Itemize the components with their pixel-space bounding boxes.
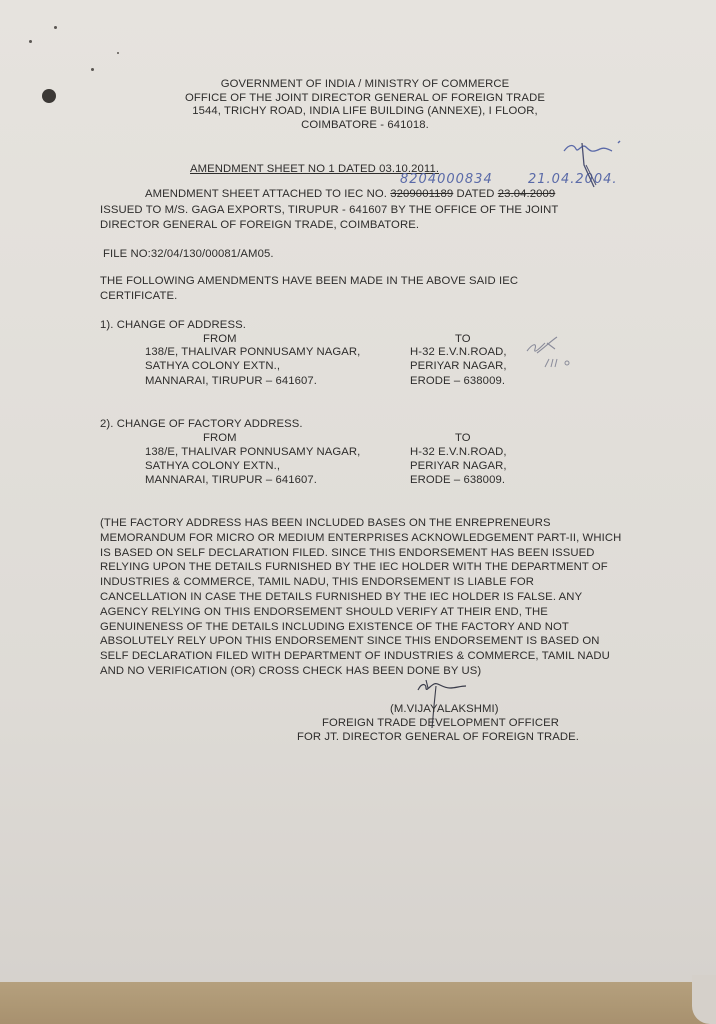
disclaimer-line: (THE FACTORY ADDRESS HAS BEEN INCLUDED B… — [100, 516, 621, 531]
amendment-1-heading: 1). CHANGE OF ADDRESS. — [100, 319, 246, 332]
signatory-name: (M.VIJAYALAKSHMI) — [390, 703, 499, 716]
amendment-2-to-label: TO — [455, 432, 471, 445]
disclaimer-line: IS BASED ON SELF DECLARATION FILED. SINC… — [100, 546, 621, 561]
handwritten-iec-number: 8204000834 — [400, 172, 493, 187]
amendment-2-to-line-1: H-32 E.V.N.ROAD, — [410, 446, 507, 459]
signatory-designation: FOREIGN TRADE DEVELOPMENT OFFICER — [322, 717, 559, 730]
intro-line-3: DIRECTOR GENERAL OF FOREIGN TRADE, COIMB… — [100, 219, 419, 232]
amendments-intro-line-2: CERTIFICATE. — [100, 290, 177, 303]
disclaimer-line: RELYING UPON THE DETAILS FURNISHED BY TH… — [100, 560, 621, 575]
disclaimer-line: GENUINENESS OF THE DETAILS INCLUDING EXI… — [100, 620, 621, 635]
speck — [117, 52, 119, 54]
amendment-2-from-line-3: MANNARAI, TIRUPUR – 641607. — [145, 474, 317, 487]
amendment-2-heading: 2). CHANGE OF FACTORY ADDRESS. — [100, 418, 303, 431]
disclaimer-line: CANCELLATION IN CASE THE DETAILS FURNISH… — [100, 590, 621, 605]
disclaimer-line: SELF DECLARATION FILED WITH DEPARTMENT O… — [100, 649, 621, 664]
letterhead: GOVERNMENT OF INDIA / MINISTRY OF COMMER… — [130, 78, 600, 132]
amendment-1-from-line-3: MANNARAI, TIRUPUR – 641607. — [145, 375, 317, 388]
letterhead-line-3: 1544, TRICHY ROAD, INDIA LIFE BUILDING (… — [130, 105, 600, 119]
intro-prefix: AMENDMENT SHEET ATTACHED TO IEC NO. — [145, 188, 387, 200]
file-number: FILE NO:32/04/130/00081/AM05. — [103, 248, 274, 261]
dated-label: DATED — [457, 188, 495, 200]
amendment-1-from-line-2: SATHYA COLONY EXTN., — [145, 360, 280, 373]
disclaimer-line: INDUSTRIES & COMMERCE, TAMIL NADU, THIS … — [100, 575, 621, 590]
disclaimer-line: ABSOLUTELY RELY UPON THIS ENDORSEMENT SI… — [100, 634, 621, 649]
amendment-1-to-line-2: PERIYAR NAGAR, — [410, 360, 507, 373]
punch-hole — [42, 89, 56, 103]
initials-margin-note — [525, 333, 580, 375]
amendment-2-to-line-3: ERODE – 638009. — [410, 474, 505, 487]
letterhead-line-1: GOVERNMENT OF INDIA / MINISTRY OF COMMER… — [130, 78, 600, 92]
struck-date: 23.04.2009 — [498, 188, 556, 200]
intro-line-2: ISSUED TO M/S. GAGA EXPORTS, TIRUPUR - 6… — [100, 204, 558, 217]
amendment-2-from-label: FROM — [203, 432, 237, 445]
amendment-2-to-line-2: PERIYAR NAGAR, — [410, 460, 507, 473]
disclaimer-line: AGENCY RELYING ON THIS ENDORSEMENT SHOUL… — [100, 605, 621, 620]
disclaimer-line: AND NO VERIFICATION (OR) CROSS CHECK HAS… — [100, 664, 621, 679]
signatory-for-line: FOR JT. DIRECTOR GENERAL OF FOREIGN TRAD… — [297, 731, 579, 744]
speck — [54, 26, 57, 29]
speck — [29, 40, 32, 43]
disclaimer-paragraph: (THE FACTORY ADDRESS HAS BEEN INCLUDED B… — [100, 516, 621, 679]
desk-surface — [0, 982, 716, 1024]
letterhead-line-2: OFFICE OF THE JOINT DIRECTOR GENERAL OF … — [130, 92, 600, 106]
initials-signature-top — [560, 135, 630, 190]
struck-iec-number: 3209001189 — [390, 188, 453, 200]
intro-line-1: AMENDMENT SHEET ATTACHED TO IEC NO. 3209… — [145, 188, 555, 201]
speck — [91, 68, 94, 71]
disclaimer-line: MEMORANDUM FOR MICRO OR MEDIUM ENTERPRIS… — [100, 531, 621, 546]
letterhead-line-4: COIMBATORE - 641018. — [130, 119, 600, 133]
amendment-1-to-label: TO — [455, 333, 471, 346]
amendments-intro-line-1: THE FOLLOWING AMENDMENTS HAVE BEEN MADE … — [100, 275, 518, 288]
amendment-2-from-line-2: SATHYA COLONY EXTN., — [145, 460, 280, 473]
amendment-1-to-line-1: H-32 E.V.N.ROAD, — [410, 346, 507, 359]
amendment-1-from-label: FROM — [203, 333, 237, 346]
amendment-1-to-line-3: ERODE – 638009. — [410, 375, 505, 388]
amendment-2-from-line-1: 138/E, THALIVAR PONNUSAMY NAGAR, — [145, 446, 360, 459]
amendment-1-from-line-1: 138/E, THALIVAR PONNUSAMY NAGAR, — [145, 346, 360, 359]
paper-corner — [692, 975, 716, 1024]
